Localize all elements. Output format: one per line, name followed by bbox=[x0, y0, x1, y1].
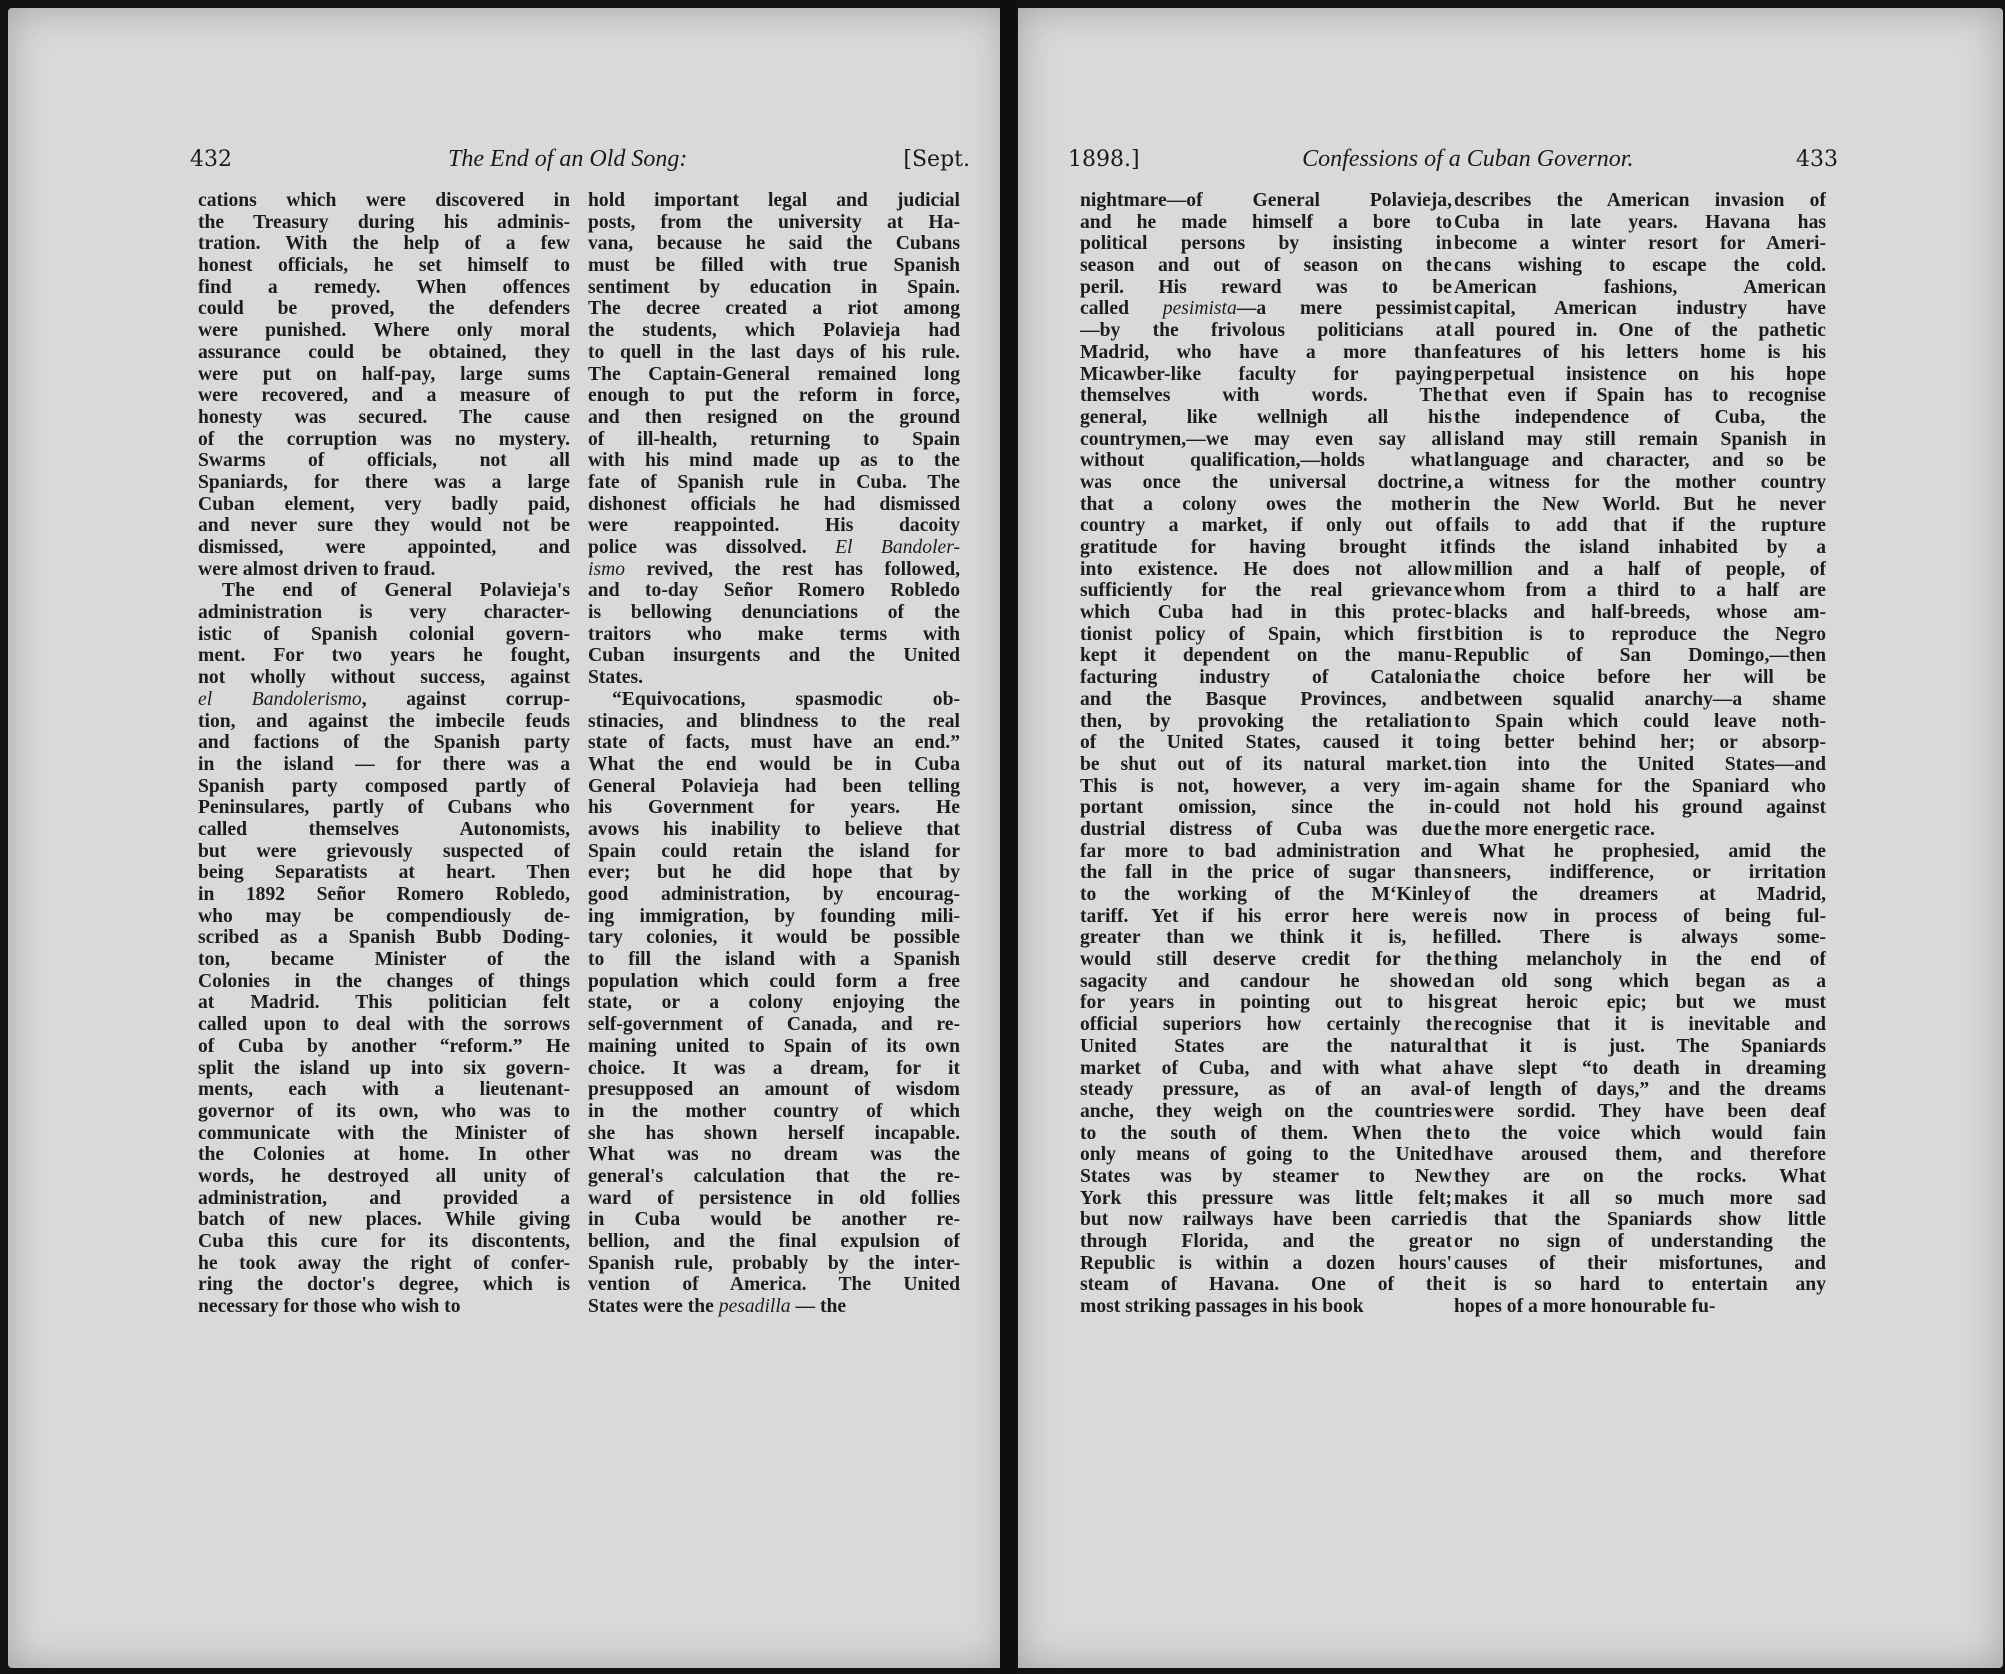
text-line: ment. For two years he fought, bbox=[198, 645, 570, 667]
text-line: avows his inability to believe that bbox=[588, 819, 960, 841]
text-line: bition is to reproduce the Negro bbox=[1454, 624, 1826, 646]
text-line: but now railways have been carried bbox=[1080, 1209, 1452, 1231]
text-line: only means of going to the United bbox=[1080, 1144, 1452, 1166]
text-line: ing immigration, by founding mili- bbox=[588, 906, 960, 928]
text-line: is bellowing denunciations of the bbox=[588, 602, 960, 624]
text-line: tary colonies, it would be possible bbox=[588, 927, 960, 949]
text-line: that even if Spain has to recognise bbox=[1454, 385, 1826, 407]
text-line: have slept “to death in dreaming bbox=[1454, 1058, 1826, 1080]
text-line: What the end would be in Cuba bbox=[588, 754, 960, 776]
text-line: Swarms of officials, not all bbox=[198, 450, 570, 472]
running-title: The End of an Old Song: bbox=[448, 146, 687, 173]
text-line: sufficiently for the real grievance bbox=[1080, 580, 1452, 602]
text-line: whom from a third to a half are bbox=[1454, 580, 1826, 602]
text-line: who may be compendiously de- bbox=[198, 906, 570, 928]
text-line: finds the island inhabited by a bbox=[1454, 537, 1826, 559]
text-line: The decree created a riot among bbox=[588, 298, 960, 320]
text-line: stinacies, and blindness to the real bbox=[588, 711, 960, 733]
text-line: assurance could be obtained, they bbox=[198, 342, 570, 364]
right-running-head: 1898.] Confessions of a Cuban Governor. … bbox=[1068, 146, 1838, 186]
text-line: Spain could retain the island for bbox=[588, 841, 960, 863]
text-line: ments, each with a lieutenant- bbox=[198, 1079, 570, 1101]
text-line: a witness for the mother country bbox=[1454, 472, 1826, 494]
text-line: Spanish party composed partly of bbox=[198, 776, 570, 798]
text-line: States. bbox=[588, 667, 960, 689]
text-line: the Colonies at home. In other bbox=[198, 1144, 570, 1166]
text-line: were punished. Where only moral bbox=[198, 320, 570, 342]
text-line: and the Basque Provinces, and bbox=[1080, 689, 1452, 711]
text-line: vention of America. The United bbox=[588, 1274, 960, 1296]
text-line: must be filled with true Spanish bbox=[588, 255, 960, 277]
text-line: of the United States, caused it to bbox=[1080, 732, 1452, 754]
text-line: they are on the rocks. What bbox=[1454, 1166, 1826, 1188]
text-line: posts, from the university at Ha- bbox=[588, 212, 960, 234]
text-line: of the dreamers at Madrid, bbox=[1454, 884, 1826, 906]
text-line: called themselves Autonomists, bbox=[198, 819, 570, 841]
text-line: Colonies in the changes of things bbox=[198, 971, 570, 993]
text-line: again shame for the Spaniard who bbox=[1454, 776, 1826, 798]
text-line: filled. There is always some- bbox=[1454, 927, 1826, 949]
text-line: was once the universal doctrine, bbox=[1080, 472, 1452, 494]
text-line: of length of days,” and the dreams bbox=[1454, 1079, 1826, 1101]
text-line: become a winter resort for Ameri- bbox=[1454, 233, 1826, 255]
text-line: through Florida, and the great bbox=[1080, 1231, 1452, 1253]
text-line: for years in pointing out to his bbox=[1080, 992, 1452, 1014]
text-line: she has shown herself incapable. bbox=[588, 1123, 960, 1145]
text-line: far more to bad administration and bbox=[1080, 841, 1452, 863]
text-line: general's calculation that the re- bbox=[588, 1166, 960, 1188]
text-line: scribed as a Spanish Bubb Doding- bbox=[198, 927, 570, 949]
text-line: but were grievously suspected of bbox=[198, 841, 570, 863]
text-line: Peninsulares, partly of Cubans who bbox=[198, 797, 570, 819]
text-line: honesty was secured. The cause bbox=[198, 407, 570, 429]
running-date: [Sept. bbox=[903, 147, 970, 172]
text-line: enough to put the reform in force, bbox=[588, 385, 960, 407]
text-column: hold important legal and judicialposts, … bbox=[588, 190, 960, 1318]
text-line: is now in process of being ful- bbox=[1454, 906, 1826, 928]
text-line: governor of its own, who was to bbox=[198, 1101, 570, 1123]
text-line: What he prophesied, amid the bbox=[1454, 841, 1826, 863]
text-line: it is so hard to entertain any bbox=[1454, 1274, 1826, 1296]
text-line: Cuba this cure for its discontents, bbox=[198, 1231, 570, 1253]
text-line: dishonest officials he had dismissed bbox=[588, 494, 960, 516]
text-line: recognise that it is inevitable and bbox=[1454, 1014, 1826, 1036]
text-line: traitors who make terms with bbox=[588, 624, 960, 646]
page-number: 432 bbox=[190, 147, 232, 172]
text-line: between squalid anarchy—a shame bbox=[1454, 689, 1826, 711]
text-line: choice. It was a dream, for it bbox=[588, 1058, 960, 1080]
text-line: were reappointed. His dacoity bbox=[588, 515, 960, 537]
text-line: tration. With the help of a few bbox=[198, 233, 570, 255]
text-line: portant omission, since the in- bbox=[1080, 797, 1452, 819]
text-line: Spanish rule, probably by the inter- bbox=[588, 1253, 960, 1275]
text-line: vana, because he said the Cubans bbox=[588, 233, 960, 255]
running-date: 1898.] bbox=[1068, 147, 1140, 172]
text-line: then, by provoking the retaliation bbox=[1080, 711, 1452, 733]
text-line: in 1892 Señor Romero Robledo, bbox=[198, 884, 570, 906]
text-line: general, like wellnigh all his bbox=[1080, 407, 1452, 429]
text-line: great heroic epic; but we must bbox=[1454, 992, 1826, 1014]
text-line: could be proved, the defenders bbox=[198, 298, 570, 320]
text-line: steady pressure, as of an aval- bbox=[1080, 1079, 1452, 1101]
text-line: makes it all so much more sad bbox=[1454, 1188, 1826, 1210]
text-line: state of facts, must have an end.” bbox=[588, 732, 960, 754]
text-line: political persons by insisting in bbox=[1080, 233, 1452, 255]
text-line: is that the Spaniards show little bbox=[1454, 1209, 1826, 1231]
text-line: to the working of the M‘Kinley bbox=[1080, 884, 1452, 906]
text-line: the independence of Cuba, the bbox=[1454, 407, 1826, 429]
text-line: be shut out of its natural market. bbox=[1080, 754, 1452, 776]
text-line: ever; but he did hope that by bbox=[588, 862, 960, 884]
text-line: and he made himself a bore to bbox=[1080, 212, 1452, 234]
text-line: Republic of San Domingo,—then bbox=[1454, 645, 1826, 667]
text-line: and never sure they would not be bbox=[198, 515, 570, 537]
text-column: cations which were discovered inthe Trea… bbox=[198, 190, 570, 1318]
text-line: and then resigned on the ground bbox=[588, 407, 960, 429]
text-line: his Government for years. He bbox=[588, 797, 960, 819]
text-line: in Cuba would be another re- bbox=[588, 1209, 960, 1231]
text-line: necessary for those who wish to bbox=[198, 1296, 570, 1318]
text-line: capital, American industry have bbox=[1454, 298, 1826, 320]
text-line: sneers, indifference, or irritation bbox=[1454, 862, 1826, 884]
text-line: with his mind made up as to the bbox=[588, 450, 960, 472]
text-line: season and out of season on the bbox=[1080, 255, 1452, 277]
text-line: tariff. Yet if his error here were bbox=[1080, 906, 1452, 928]
text-line: United States are the natural bbox=[1080, 1036, 1452, 1058]
text-line: cations which were discovered in bbox=[198, 190, 570, 212]
text-line: of ill-health, returning to Spain bbox=[588, 429, 960, 451]
text-line: the more energetic race. bbox=[1454, 819, 1826, 841]
text-line: population which could form a free bbox=[588, 971, 960, 993]
text-line: fails to add that if the rupture bbox=[1454, 515, 1826, 537]
text-line: could not hold his ground against bbox=[1454, 797, 1826, 819]
text-line: to the south of them. When the bbox=[1080, 1123, 1452, 1145]
text-line: called upon to deal with the sorrows bbox=[198, 1014, 570, 1036]
text-line: and factions of the Spanish party bbox=[198, 732, 570, 754]
text-line: were recovered, and a measure of bbox=[198, 385, 570, 407]
text-line: to fill the island with a Spanish bbox=[588, 949, 960, 971]
text-line: most striking passages in his book bbox=[1080, 1296, 1452, 1318]
text-line: state, or a colony enjoying the bbox=[588, 992, 960, 1014]
text-line: maining united to Spain of its own bbox=[588, 1036, 960, 1058]
text-line: good administration, by encourag- bbox=[588, 884, 960, 906]
text-line: tion, and against the imbecile feuds bbox=[198, 711, 570, 733]
text-line: el Bandolerismo, against corrup- bbox=[198, 689, 570, 711]
text-line: greater than we think it is, he bbox=[1080, 927, 1452, 949]
text-line: and to-day Señor Romero Robledo bbox=[588, 580, 960, 602]
text-line: find a remedy. When offences bbox=[198, 277, 570, 299]
text-line: Cuban insurgents and the United bbox=[588, 645, 960, 667]
text-line: have aroused them, and therefore bbox=[1454, 1144, 1826, 1166]
text-line: features of his letters home is his bbox=[1454, 342, 1826, 364]
text-line: or no sign of understanding the bbox=[1454, 1231, 1826, 1253]
text-line: presupposed an amount of wisdom bbox=[588, 1079, 960, 1101]
text-line: the fall in the price of sugar than bbox=[1080, 862, 1452, 884]
text-line: to Spain which could leave noth- bbox=[1454, 711, 1826, 733]
left-running-head: 432 The End of an Old Song: [Sept. bbox=[190, 146, 970, 186]
text-line: describes the American invasion of bbox=[1454, 190, 1826, 212]
text-line: gratitude for having brought it bbox=[1080, 537, 1452, 559]
text-line: ismo revived, the rest has followed, bbox=[588, 559, 960, 581]
text-line: of the corruption was no mystery. bbox=[198, 429, 570, 451]
text-line: country a market, if only out of bbox=[1080, 515, 1452, 537]
text-line: were sordid. They have been deaf bbox=[1454, 1101, 1826, 1123]
text-line: in the mother country of which bbox=[588, 1101, 960, 1123]
text-line: blacks and half-breeds, whose am- bbox=[1454, 602, 1826, 624]
text-line: the Treasury during his adminis- bbox=[198, 212, 570, 234]
text-line: Republic is within a dozen hours' bbox=[1080, 1253, 1452, 1275]
text-line: thing melancholy in the end of bbox=[1454, 949, 1826, 971]
text-line: to quell in the last days of his rule. bbox=[588, 342, 960, 364]
text-line: that it is just. The Spaniards bbox=[1454, 1036, 1826, 1058]
text-line: bellion, and the final expulsion of bbox=[588, 1231, 960, 1253]
text-line: This is not, however, a very im- bbox=[1080, 776, 1452, 798]
text-line: language and character, and so be bbox=[1454, 450, 1826, 472]
text-line: themselves with words. The bbox=[1080, 385, 1452, 407]
text-line: without qualification,—holds what bbox=[1080, 450, 1452, 472]
text-line: dismissed, were appointed, and bbox=[198, 537, 570, 559]
text-line: ton, became Minister of the bbox=[198, 949, 570, 971]
book-gutter bbox=[1000, 0, 1016, 1674]
text-line: dustrial distress of Cuba was due bbox=[1080, 819, 1452, 841]
text-line: words, he destroyed all unity of bbox=[198, 1166, 570, 1188]
text-line: police was dissolved. El Bandoler- bbox=[588, 537, 960, 559]
text-line: causes of their misfortunes, and bbox=[1454, 1253, 1826, 1275]
text-line: communicate with the Minister of bbox=[198, 1123, 570, 1145]
text-line: facturing industry of Catalonia bbox=[1080, 667, 1452, 689]
text-line: all poured in. One of the pathetic bbox=[1454, 320, 1826, 342]
text-line: ward of persistence in old follies bbox=[588, 1188, 960, 1210]
text-line: Madrid, who have a more than bbox=[1080, 342, 1452, 364]
page-number: 433 bbox=[1796, 147, 1838, 172]
text-line: called pesimista—a mere pessimist bbox=[1080, 298, 1452, 320]
text-line: What was no dream was the bbox=[588, 1144, 960, 1166]
text-line: istic of Spanish colonial govern- bbox=[198, 624, 570, 646]
text-line: he took away the right of confer- bbox=[198, 1253, 570, 1275]
text-line: York this pressure was little felt; bbox=[1080, 1188, 1452, 1210]
text-line: honest officials, he set himself to bbox=[198, 255, 570, 277]
text-line: would still deserve credit for the bbox=[1080, 949, 1452, 971]
text-line: tion into the United States—and bbox=[1454, 754, 1826, 776]
text-line: self-government of Canada, and re- bbox=[588, 1014, 960, 1036]
text-line: peril. His reward was to be bbox=[1080, 277, 1452, 299]
text-line: were almost driven to fraud. bbox=[198, 559, 570, 581]
text-line: sentiment by education in Spain. bbox=[588, 277, 960, 299]
text-line: Micawber-like faculty for paying bbox=[1080, 364, 1452, 386]
text-line: fate of Spanish rule in Cuba. The bbox=[588, 472, 960, 494]
text-line: General Polavieja had been telling bbox=[588, 776, 960, 798]
text-line: The Captain-General remained long bbox=[588, 364, 960, 386]
text-line: Cuban element, very badly paid, bbox=[198, 494, 570, 516]
text-line: ring the doctor's degree, which is bbox=[198, 1274, 570, 1296]
text-line: anche, they weigh on the countries bbox=[1080, 1101, 1452, 1123]
text-line: States were the pesadilla — the bbox=[588, 1296, 960, 1318]
text-line: the choice before her will be bbox=[1454, 667, 1826, 689]
text-line: batch of new places. While giving bbox=[198, 1209, 570, 1231]
text-line: The end of General Polavieja's bbox=[198, 580, 570, 602]
text-line: into existence. He does not allow bbox=[1080, 559, 1452, 581]
text-line: “Equivocations, spasmodic ob- bbox=[588, 689, 960, 711]
text-line: Spaniards, for there was a large bbox=[198, 472, 570, 494]
running-title: Confessions of a Cuban Governor. bbox=[1302, 146, 1633, 173]
text-line: States was by steamer to New bbox=[1080, 1166, 1452, 1188]
text-line: nightmare—of General Polavieja, bbox=[1080, 190, 1452, 212]
text-line: administration is very character- bbox=[198, 602, 570, 624]
text-column: nightmare—of General Polavieja,and he ma… bbox=[1080, 190, 1452, 1318]
text-line: official superiors how certainly the bbox=[1080, 1014, 1452, 1036]
text-line: countrymen,—we may even say all bbox=[1080, 429, 1452, 451]
text-line: hold important legal and judicial bbox=[588, 190, 960, 212]
text-line: being Separatists at heart. Then bbox=[198, 862, 570, 884]
text-line: market of Cuba, and with what a bbox=[1080, 1058, 1452, 1080]
left-page: 432 The End of an Old Song: [Sept. catio… bbox=[8, 8, 1006, 1668]
text-line: which Cuba had in this protec- bbox=[1080, 602, 1452, 624]
text-line: to the voice which would fain bbox=[1454, 1123, 1826, 1145]
text-line: tionist policy of Spain, which first bbox=[1080, 624, 1452, 646]
text-line: that a colony owes the mother bbox=[1080, 494, 1452, 516]
text-line: —by the frivolous politicians at bbox=[1080, 320, 1452, 342]
text-line: million and a half of people, of bbox=[1454, 559, 1826, 581]
text-line: at Madrid. This politician felt bbox=[198, 992, 570, 1014]
text-line: kept it dependent on the manu- bbox=[1080, 645, 1452, 667]
text-line: split the island up into six govern- bbox=[198, 1058, 570, 1080]
text-line: an old song which began as a bbox=[1454, 971, 1826, 993]
text-line: American fashions, American bbox=[1454, 277, 1826, 299]
text-line: steam of Havana. One of the bbox=[1080, 1274, 1452, 1296]
text-line: Cuba in late years. Havana has bbox=[1454, 212, 1826, 234]
text-line: the students, which Polavieja had bbox=[588, 320, 960, 342]
text-line: not wholly without success, against bbox=[198, 667, 570, 689]
text-column: describes the American invasion ofCuba i… bbox=[1454, 190, 1826, 1318]
right-page: 1898.] Confessions of a Cuban Governor. … bbox=[1018, 8, 2003, 1668]
text-line: perpetual insistence on his hope bbox=[1454, 364, 1826, 386]
text-line: in the island — for there was a bbox=[198, 754, 570, 776]
text-line: island may still remain Spanish in bbox=[1454, 429, 1826, 451]
text-line: of Cuba by another “reform.” He bbox=[198, 1036, 570, 1058]
text-line: ing better behind her; or absorp- bbox=[1454, 732, 1826, 754]
text-line: sagacity and candour he showed bbox=[1080, 971, 1452, 993]
text-line: hopes of a more honourable fu- bbox=[1454, 1296, 1826, 1318]
text-line: were put on half-pay, large sums bbox=[198, 364, 570, 386]
text-line: in the New World. But he never bbox=[1454, 494, 1826, 516]
text-line: cans wishing to escape the cold. bbox=[1454, 255, 1826, 277]
text-line: administration, and provided a bbox=[198, 1188, 570, 1210]
